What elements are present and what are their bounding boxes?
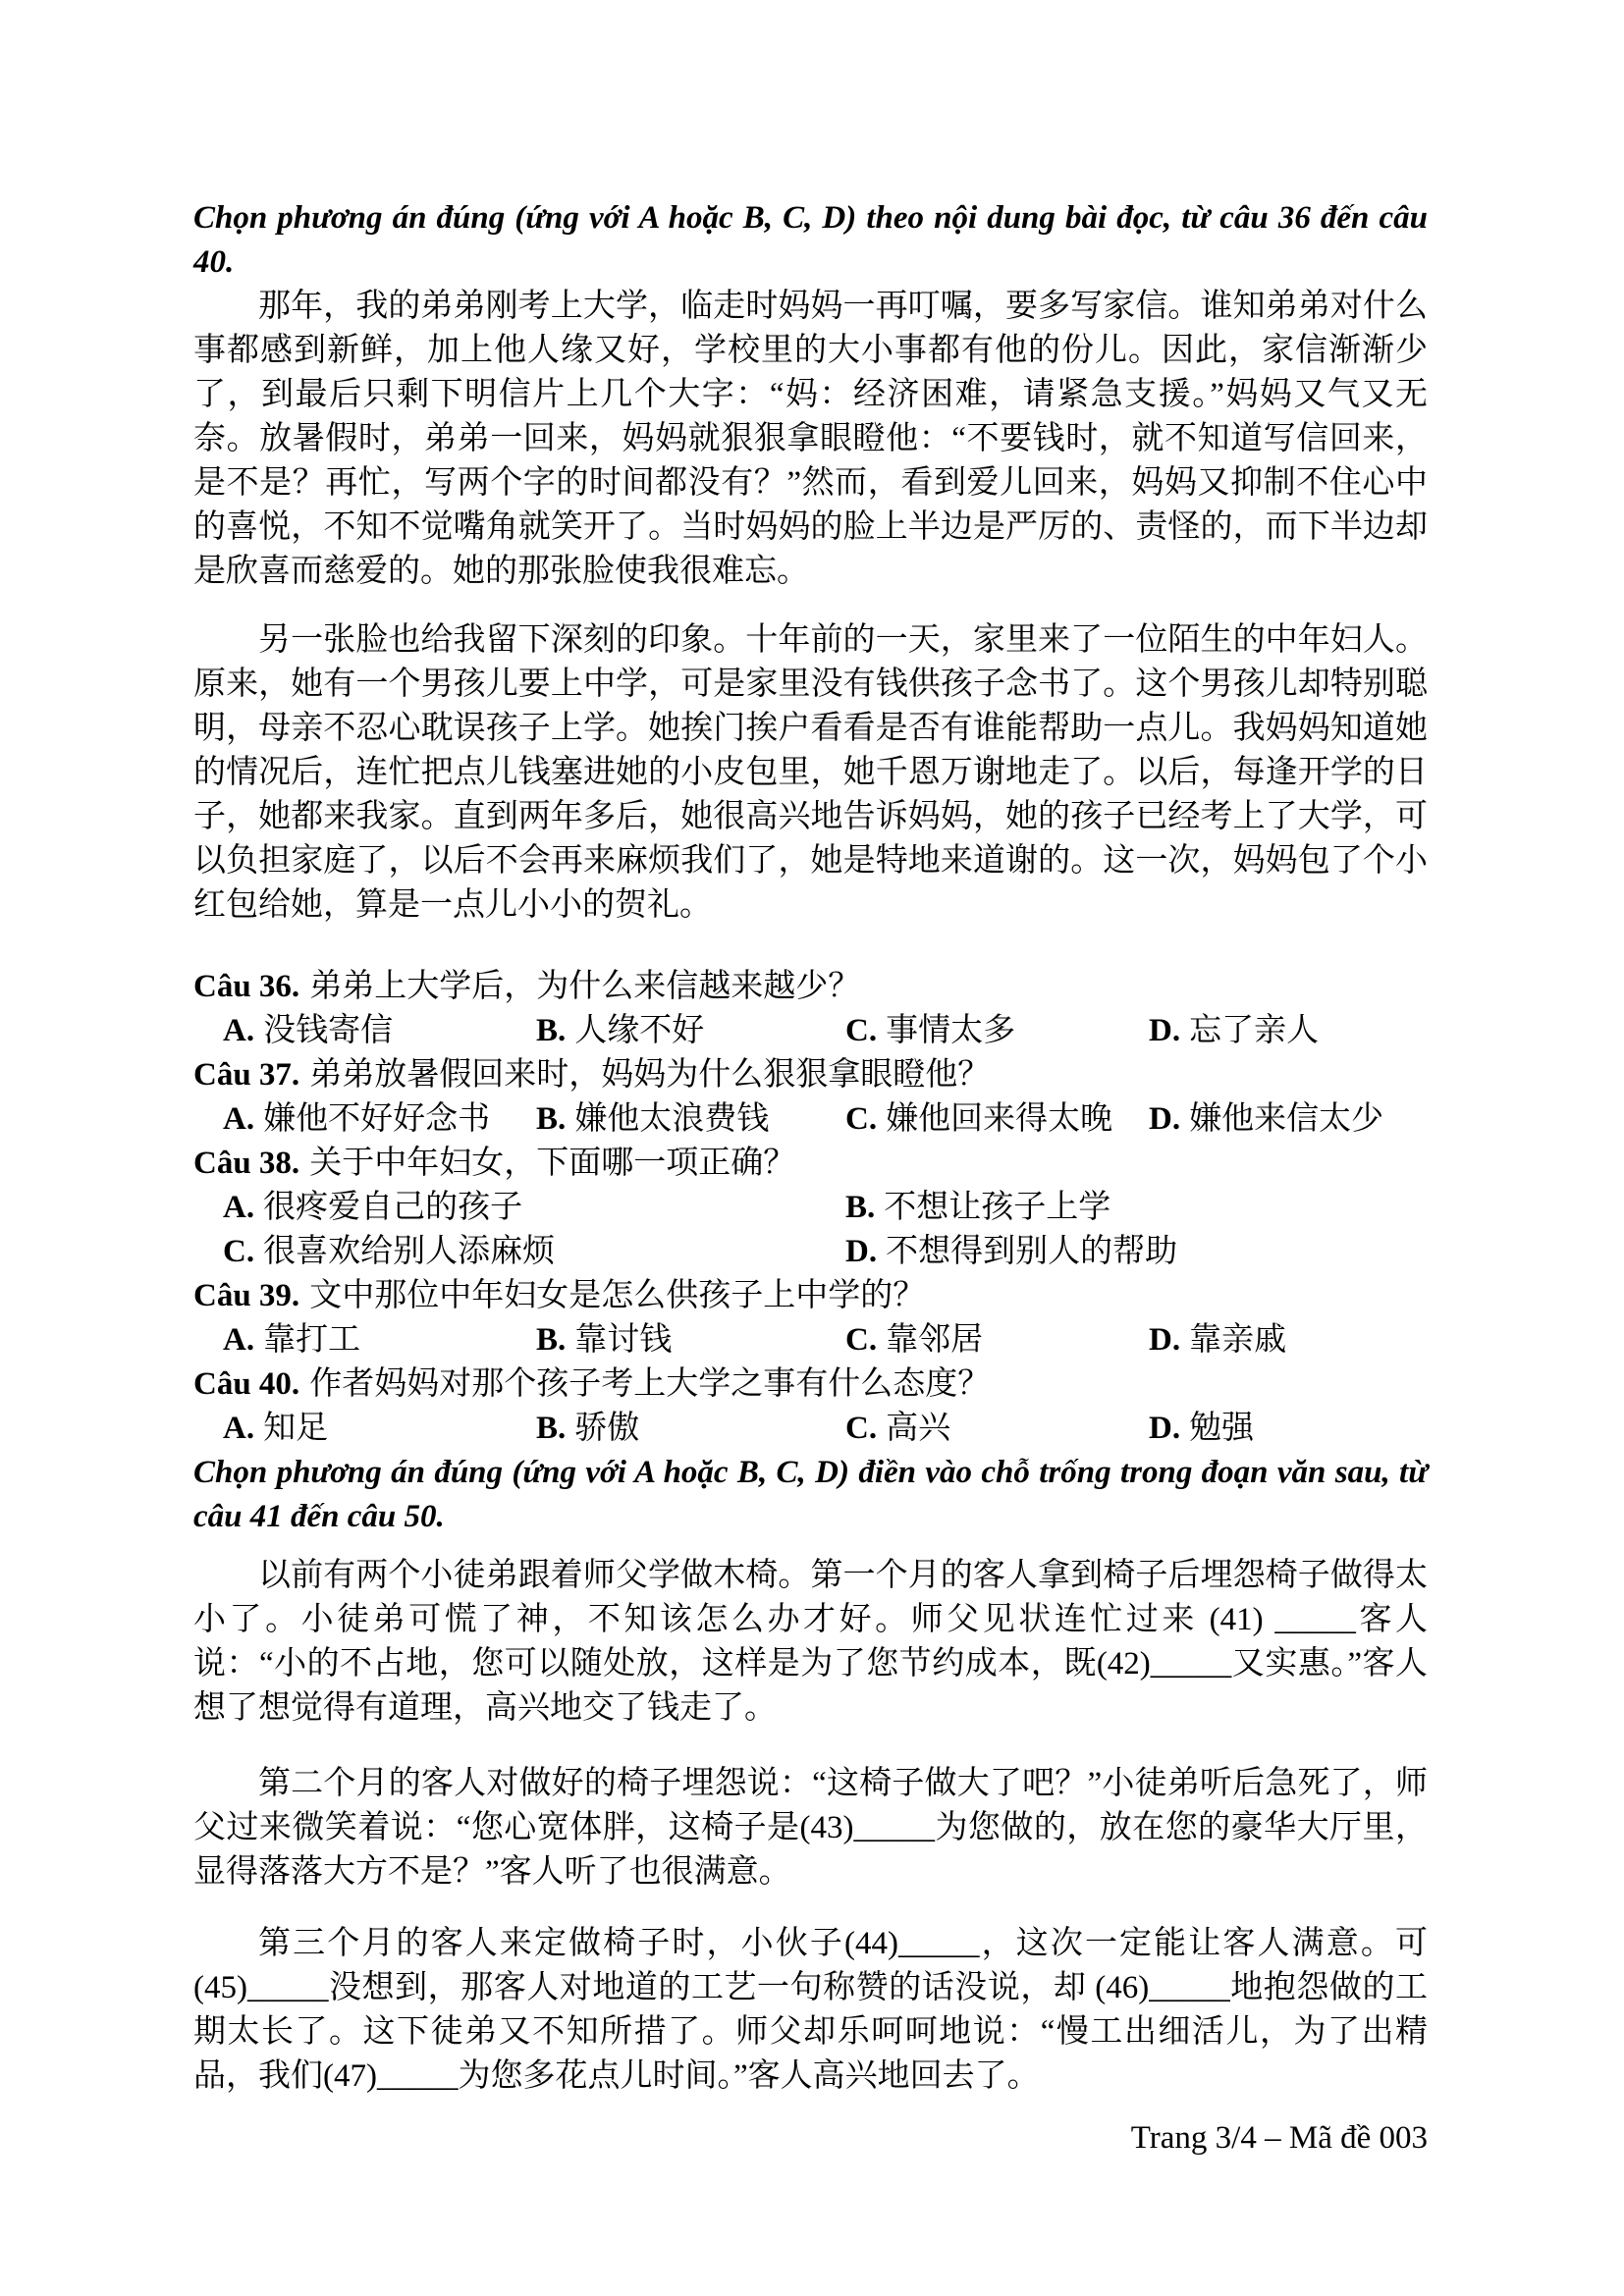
reading-passage-paragraph-2: 另一张脸也给我留下深刻的印象。十年前的一天，家里来了一位陌生的中年妇人。原来，她… <box>193 618 1428 928</box>
question-39-line: Câu 39.文中那位中年妇女是怎么供孩子上中学的？ <box>193 1274 1428 1318</box>
question-40-option-a: A.知足 <box>223 1407 536 1451</box>
question-36-text: 弟弟上大学后，为什么来信越来越少？ <box>309 969 860 1004</box>
question-38-text: 关于中年妇女，下面哪一项正确？ <box>309 1146 795 1181</box>
question-39-option-a: A.靠打工 <box>223 1318 536 1362</box>
question-39-option-d: D.靠亲戚 <box>1149 1318 1428 1362</box>
question-40-line: Câu 40.作者妈妈对那个孩子考上大学之事有什么态度？ <box>193 1362 1428 1407</box>
question-37-option-a: A.嫌他不好好念书 <box>223 1097 536 1142</box>
question-38-options-row-1: A.很疼爱自己的孩子 B.不想让孩子上学 <box>193 1186 1428 1230</box>
question-40-options: A.知足 B.骄傲 C.高兴 D.勉强 <box>193 1407 1428 1451</box>
cloze-passage-paragraph-3: 第三个月的客人来定做椅子时，小伙子(44)_____，这次一定能让客人满意。可(… <box>193 1922 1428 2099</box>
reading-passage-paragraph-1: 那年，我的弟弟刚考上大学，临走时妈妈一再叮嘱，要多写家信。谁知弟弟对什么事都感到… <box>193 285 1428 594</box>
question-40-text: 作者妈妈对那个孩子考上大学之事有什么态度？ <box>309 1366 990 1402</box>
question-38-line: Câu 38.关于中年妇女，下面哪一项正确？ <box>193 1142 1428 1186</box>
question-39-options: A.靠打工 B.靠讨钱 C.靠邻居 D.靠亲戚 <box>193 1318 1428 1362</box>
cloze-passage-paragraph-1: 以前有两个小徒弟跟着师父学做木椅。第一个月的客人拿到椅子后埋怨椅子做得太小了。小… <box>193 1554 1428 1731</box>
question-38-option-c: C.很喜欢给别人添麻烦 <box>223 1230 845 1274</box>
question-38-option-d: D.不想得到别人的帮助 <box>845 1230 1428 1274</box>
question-37-number: Câu 37. <box>193 1057 299 1093</box>
question-37-text: 弟弟放暑假回来时，妈妈为什么狠狠拿眼瞪他？ <box>309 1057 990 1093</box>
question-36-number: Câu 36. <box>193 969 299 1004</box>
question-38-option-a: A.很疼爱自己的孩子 <box>223 1186 845 1230</box>
exam-page: Chọn phương án đúng (ứng với A hoặc B, C… <box>0 0 1624 2296</box>
question-39-option-b: B.靠讨钱 <box>536 1318 845 1362</box>
question-36-option-c: C.事情太多 <box>845 1009 1149 1053</box>
question-40-option-d: D.勉强 <box>1149 1407 1428 1451</box>
cloze-passage-paragraph-2: 第二个月的客人对做好的椅子埋怨说：“这椅子做大了吧？”小徒弟听后急死了，师父过来… <box>193 1762 1428 1895</box>
question-37-options: A.嫌他不好好念书 B.嫌他太浪费钱 C.嫌他回来得太晚 D.嫌他来信太少 <box>193 1097 1428 1142</box>
instruction-cloze-heading: Chọn phương án đúng (ứng với A hoặc B, C… <box>193 1451 1428 1539</box>
question-36-option-b: B.人缘不好 <box>536 1009 845 1053</box>
page-footer: Trang 3/4 – Mã đề 003 <box>1131 2116 1428 2161</box>
question-37-option-b: B.嫌他太浪费钱 <box>536 1097 845 1142</box>
question-39-text: 文中那位中年妇女是怎么供孩子上中学的？ <box>309 1278 925 1313</box>
question-40-option-c: C.高兴 <box>845 1407 1149 1451</box>
question-38-number: Câu 38. <box>193 1146 299 1181</box>
question-37-option-c: C.嫌他回来得太晚 <box>845 1097 1149 1142</box>
question-36-option-d: D.忘了亲人 <box>1149 1009 1428 1053</box>
question-38-options-row-2: C.很喜欢给别人添麻烦 D.不想得到别人的帮助 <box>193 1230 1428 1274</box>
question-37-line: Câu 37.弟弟放暑假回来时，妈妈为什么狠狠拿眼瞪他？ <box>193 1053 1428 1097</box>
questions-block: Câu 36.弟弟上大学后，为什么来信越来越少？ A.没钱寄信 B.人缘不好 C… <box>193 965 1428 1451</box>
question-37-option-d: D.嫌他来信太少 <box>1149 1097 1428 1142</box>
question-39-option-c: C.靠邻居 <box>845 1318 1149 1362</box>
instruction-reading-heading: Chọn phương án đúng (ứng với A hoặc B, C… <box>193 196 1428 285</box>
question-36-options: A.没钱寄信 B.人缘不好 C.事情太多 D.忘了亲人 <box>193 1009 1428 1053</box>
question-36-option-a: A.没钱寄信 <box>223 1009 536 1053</box>
question-40-number: Câu 40. <box>193 1366 299 1402</box>
question-39-number: Câu 39. <box>193 1278 299 1313</box>
question-38-option-b: B.不想让孩子上学 <box>845 1186 1428 1230</box>
question-40-option-b: B.骄傲 <box>536 1407 845 1451</box>
question-36-line: Câu 36.弟弟上大学后，为什么来信越来越少？ <box>193 965 1428 1009</box>
